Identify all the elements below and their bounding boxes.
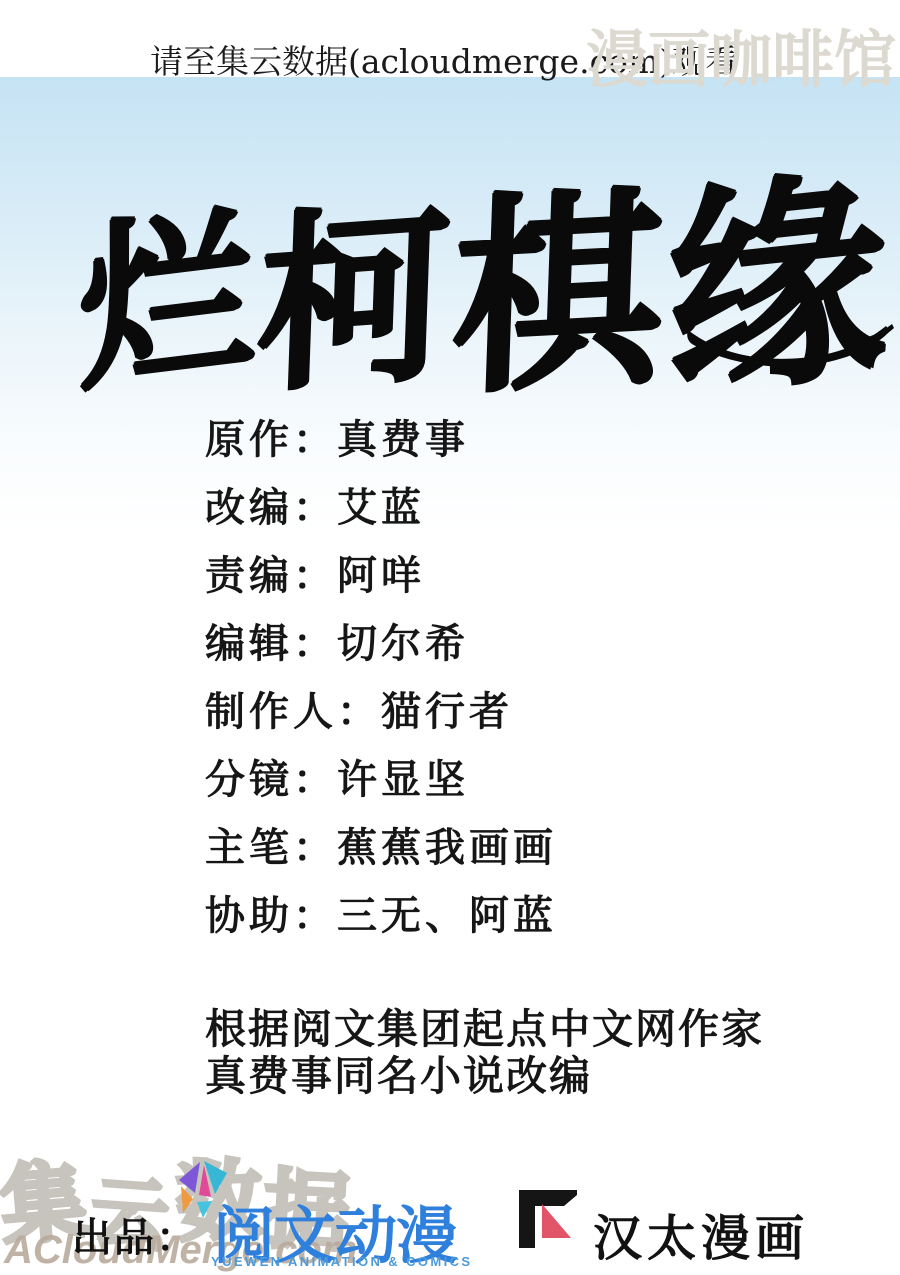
credit-row-adaptation: 改编：艾蓝 bbox=[205, 488, 557, 528]
credit-row-storyboard: 分镜：许显坚 bbox=[205, 760, 557, 800]
series-title: 烂 柯 棋 缘 bbox=[78, 128, 888, 398]
credit-row-editor: 编辑：切尔希 bbox=[205, 624, 557, 664]
adaptation-note: 根据阅文集团起点中文网作家 真费事同名小说改编 bbox=[205, 1006, 764, 1100]
credit-row-lead-artist: 主笔：蕉蕉我画画 bbox=[205, 828, 557, 868]
credit-row-chief-editor: 责编：阿咩 bbox=[205, 556, 557, 596]
title-char: 棋 bbox=[448, 184, 665, 406]
yuewen-logo-subtitle: YUEWEN ANIMATION & COMICS bbox=[211, 1254, 473, 1269]
hantai-logo-text: 汉太漫画 bbox=[593, 1200, 809, 1270]
brush-swash-stroke bbox=[686, 300, 896, 370]
title-char: 缘 bbox=[665, 166, 888, 410]
credit-row-original-author: 原作：真费事 bbox=[205, 420, 557, 460]
comic-credits-page: 请至集云数据(acloudmerge.com)观看 漫画咖啡馆 烂 柯 棋 缘 … bbox=[0, 0, 900, 1275]
watermark-top-right: 漫画咖啡馆 bbox=[586, 10, 896, 99]
credit-row-producer: 制作人：猫行者 bbox=[205, 692, 557, 732]
adaptation-note-line-1: 根据阅文集团起点中文网作家 bbox=[205, 1006, 764, 1053]
hantai-logo-icon bbox=[519, 1190, 581, 1248]
credits-list: 原作：真费事 改编：艾蓝 责编：阿咩 编辑：切尔希 制作人：猫行者 分镜：许显坚… bbox=[205, 420, 557, 936]
title-char: 烂 bbox=[79, 203, 254, 402]
credit-row-assistants: 协助：三无、阿蓝 bbox=[205, 896, 557, 936]
adaptation-note-line-2: 真费事同名小说改编 bbox=[205, 1053, 764, 1100]
title-char: 柯 bbox=[255, 199, 451, 403]
